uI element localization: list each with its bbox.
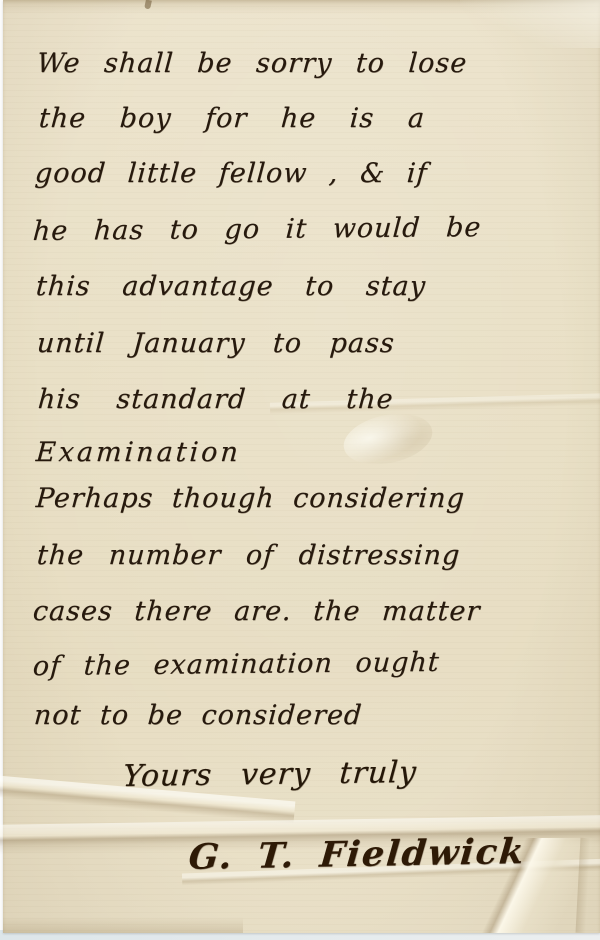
letter-line: the boy for he is a: [38, 103, 426, 134]
scan-background: We shall be sorry to lose the boy for he…: [0, 0, 600, 940]
letter-line: his standard at the: [37, 384, 395, 415]
letter-line: We shall be sorry to lose: [36, 48, 468, 79]
letter-closing: Yours very truly: [122, 755, 419, 794]
letter-line: not to be considered: [33, 700, 363, 731]
letter-line: he has to go it would be: [32, 212, 482, 247]
letter-line: Perhaps though considering: [35, 483, 466, 514]
handwriting-layer: We shall be sorry to lose the boy for he…: [3, 0, 600, 933]
letter-line: until January to pass: [36, 328, 396, 359]
signature: G. T. Fieldwick: [187, 831, 527, 878]
letter-page: We shall be sorry to lose the boy for he…: [3, 0, 600, 933]
letter-line: cases there are. the matter: [32, 596, 482, 627]
letter-line: Examination: [35, 437, 242, 468]
letter-line: this advantage to stay: [35, 271, 427, 302]
letter-line: of the examination ought: [32, 647, 441, 682]
letter-line: the number of distressing: [36, 540, 461, 571]
letter-line: good little fellow , & if: [34, 158, 429, 189]
